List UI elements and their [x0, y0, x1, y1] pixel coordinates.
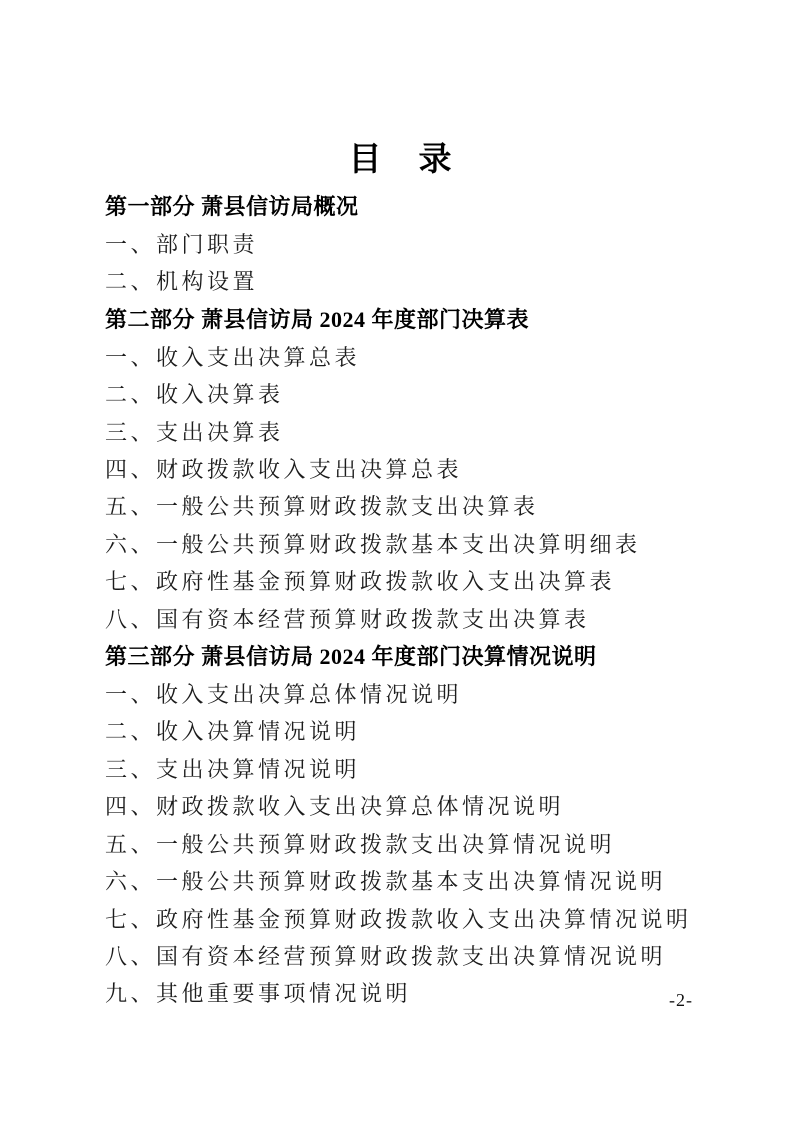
toc-item: 八、国有资本经营预算财政拨款支出决算情况说明 [105, 938, 697, 975]
section-1-heading: 第一部分 萧县信访局概况 [105, 188, 697, 226]
toc-item: 四、财政拨款收入支出决算总体情况说明 [105, 788, 697, 825]
toc-item: 三、支出决算表 [105, 414, 697, 451]
toc-item: 六、一般公共预算财政拨款基本支出决算明细表 [105, 526, 697, 563]
section-3-heading: 第三部分 萧县信访局 2024 年度部门决算情况说明 [105, 638, 697, 676]
toc-item: 二、机构设置 [105, 263, 697, 300]
toc-item: 一、收入支出决算总体情况说明 [105, 676, 697, 713]
page-number: -2- [669, 989, 693, 1011]
toc-section-3: 第三部分 萧县信访局 2024 年度部门决算情况说明 一、收入支出决算总体情况说… [105, 638, 697, 1013]
toc-item: 九、其他重要事项情况说明 [105, 975, 697, 1012]
toc-section-2: 第二部分 萧县信访局 2024 年度部门决算表 一、收入支出决算总表 二、收入决… [105, 301, 697, 638]
document-page: 目 录 第一部分 萧县信访局概况 一、部门职责 二、机构设置 第二部分 萧县信访… [0, 0, 793, 1122]
toc-item: 五、一般公共预算财政拨款支出决算情况说明 [105, 826, 697, 863]
toc-item: 六、一般公共预算财政拨款基本支出决算情况说明 [105, 863, 697, 900]
toc-item: 七、政府性基金预算财政拨款收入支出决算情况说明 [105, 901, 697, 938]
toc-item: 五、一般公共预算财政拨款支出决算表 [105, 488, 697, 525]
toc-item: 四、财政拨款收入支出决算总表 [105, 451, 697, 488]
section-2-heading: 第二部分 萧县信访局 2024 年度部门决算表 [105, 301, 697, 339]
toc-item: 七、政府性基金预算财政拨款收入支出决算表 [105, 563, 697, 600]
toc-item: 二、收入决算情况说明 [105, 713, 697, 750]
toc-item: 一、收入支出决算总表 [105, 339, 697, 376]
toc-item: 一、部门职责 [105, 226, 697, 263]
toc-section-1: 第一部分 萧县信访局概况 一、部门职责 二、机构设置 [105, 188, 697, 301]
toc-item: 二、收入决算表 [105, 376, 697, 413]
toc-item: 八、国有资本经营预算财政拨款支出决算表 [105, 601, 697, 638]
toc-title: 目 录 [105, 141, 697, 179]
toc-item: 三、支出决算情况说明 [105, 751, 697, 788]
